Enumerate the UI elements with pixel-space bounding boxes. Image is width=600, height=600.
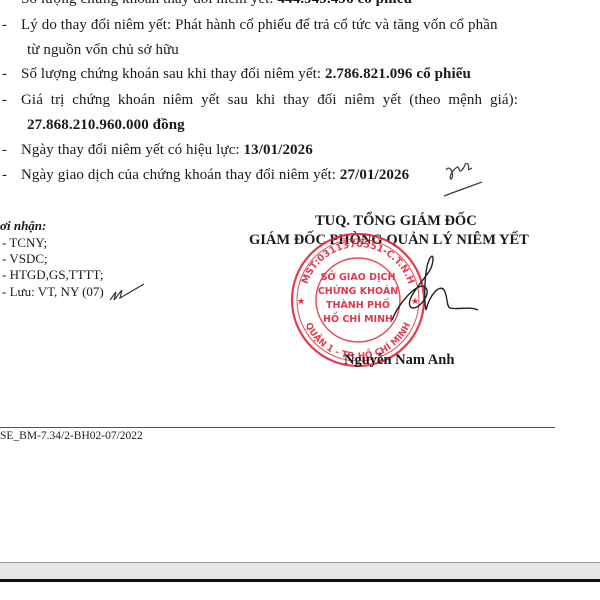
svg-text:CHỨNG KHOÁN: CHỨNG KHOÁN xyxy=(318,285,398,297)
line-effective-date: -Ngày thay đổi niêm yết có hiệu lực: 13/… xyxy=(2,142,313,159)
footer-divider xyxy=(0,427,555,428)
document-page: -Số lượng chứng khoán thay đổi niêm yết:… xyxy=(0,0,600,600)
page-edge-line xyxy=(0,579,600,582)
handwritten-initials-icon xyxy=(444,160,504,200)
line-trading-date: -Ngày giao dịch của chứng khoán thay đổi… xyxy=(2,167,409,184)
line-quantity-after: -Số lượng chứng khoán sau khi thay đổi n… xyxy=(2,66,471,83)
svg-text:HỒ CHÍ MINH: HỒ CHÍ MINH xyxy=(323,312,393,325)
handwritten-signature-icon xyxy=(390,250,480,330)
line-value-after: -Giá trị chứng khoán niêm yết sau khi th… xyxy=(2,92,518,109)
handwritten-mark-icon xyxy=(108,282,148,304)
line-reason: -Lý do thay đổi niêm yết: Phát hành cổ p… xyxy=(2,17,498,34)
line-reason-cont: từ nguồn vốn chủ sở hữu xyxy=(27,42,179,59)
recipients-title: ơi nhận: xyxy=(0,218,46,234)
form-code: SE_BM-7.34/2-BH02-07/2022 xyxy=(0,430,143,442)
line-value-after-amount: 27.868.210.960.000 đồng xyxy=(27,117,185,134)
recipient-item: - TCNY; xyxy=(2,235,47,251)
recipient-item: - VSDC; xyxy=(2,251,48,267)
signer-name: Nguyễn Nam Anh xyxy=(344,352,454,369)
svg-text:THÀNH PHỐ: THÀNH PHỐ xyxy=(326,298,390,311)
svg-text:SỞ GIAO DỊCH: SỞ GIAO DỊCH xyxy=(321,270,396,283)
recipient-item: - HTGD,GS,TTTT; xyxy=(2,267,103,283)
svg-text:★: ★ xyxy=(297,296,305,306)
recipient-item: - Lưu: VT, NY (07) xyxy=(2,284,104,300)
line-quantity-changed: -Số lượng chứng khoán thay đổi niêm yết:… xyxy=(2,0,412,8)
recipients-block: ơi nhận: xyxy=(0,218,46,234)
